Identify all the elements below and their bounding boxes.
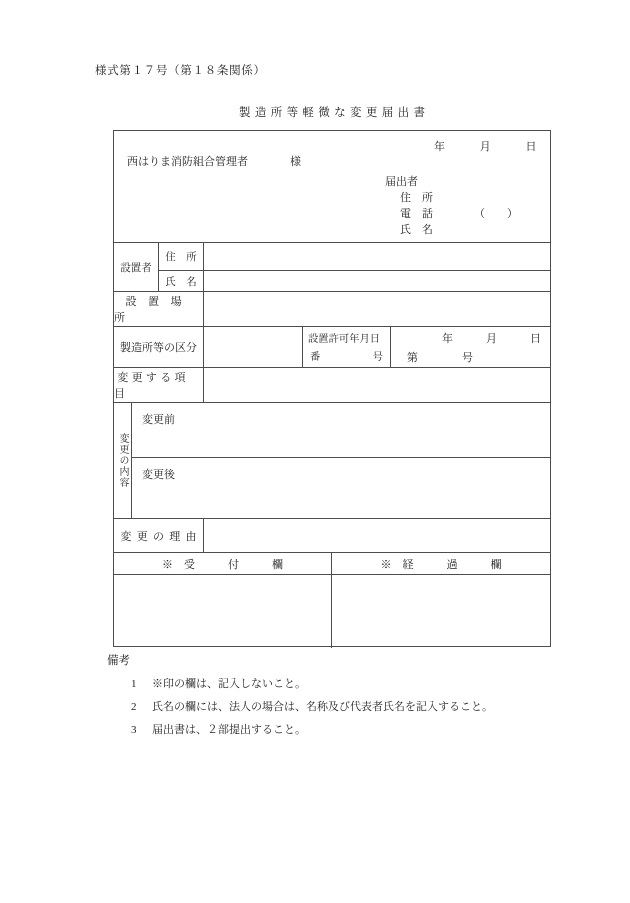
permit-label-cell: 設置許可年月日 番 号	[302, 327, 391, 367]
change-before-label: 変更前	[142, 414, 175, 426]
notifier-phone-label: 電 話	[400, 208, 433, 220]
location-field	[204, 292, 550, 326]
permit-number-label-left: 番	[310, 348, 320, 363]
progress-box	[331, 575, 550, 648]
note-item: 3 届出書は、２部提出すること。	[131, 723, 493, 737]
reason-row: 変更の理由	[114, 518, 550, 552]
category-label: 製造所等の区分	[114, 327, 204, 367]
note-number: 2	[131, 700, 152, 714]
notifier-phone-parens: （ ）	[474, 208, 518, 220]
reception-box	[114, 575, 331, 648]
notifier-address-label: 住 所	[385, 190, 518, 206]
location-row: 設置場所	[114, 291, 550, 326]
permit-value-cell: 年 月 日 第 号	[391, 327, 550, 367]
notifier-phone-line: 電 話（ ）	[385, 206, 518, 222]
installer-name-subrow: 氏 名	[158, 271, 550, 291]
installer-subrows: 住 所 氏 名	[158, 243, 550, 291]
change-content-block: 変更の内容 変更前 変更後	[114, 402, 550, 518]
note-item: 1 ※印の欄は、記入しないこと。	[131, 677, 493, 691]
header-row: 年 月 日 西はりま消防組合管理者様 届出者 住 所 電 話（ ） 氏 名	[114, 131, 550, 242]
change-after-cell: 変更後	[132, 458, 550, 518]
notes-section: 備考 1 ※印の欄は、記入しないこと。 2 氏名の欄には、法人の場合は、名称及び…	[107, 652, 493, 737]
notifier-name-label: 氏 名	[385, 222, 518, 238]
submission-date-line: 年 月 日	[434, 138, 537, 154]
permit-date-value: 年 月 日	[391, 330, 550, 346]
category-field	[204, 327, 302, 367]
note-text: ※印の欄は、記入しないこと。	[152, 677, 306, 691]
change-content-cells: 変更前 変更後	[132, 403, 550, 518]
page-title: 製造所等軽微な変更届出書	[113, 104, 551, 120]
form-number: 様式第１７号（第１８条関係）	[95, 62, 266, 78]
addressee-line: 西はりま消防組合管理者様	[127, 153, 301, 169]
change-items-label: 変更する項目	[114, 368, 204, 402]
installer-address-field	[204, 243, 550, 270]
permit-date-label: 設置許可年月日	[308, 330, 385, 345]
form-table: 年 月 日 西はりま消防組合管理者様 届出者 住 所 電 話（ ） 氏 名 設置…	[113, 130, 551, 647]
installer-row: 設置者 住 所 氏 名	[114, 242, 550, 291]
addressee-name: 西はりま消防組合管理者	[127, 156, 248, 168]
reason-label: 変更の理由	[114, 519, 204, 552]
installer-label: 設置者	[114, 243, 158, 291]
permit-number-label-right: 号	[373, 348, 383, 363]
reason-field	[204, 519, 550, 552]
note-item: 2 氏名の欄には、法人の場合は、名称及び代表者氏名を記入すること。	[131, 700, 493, 714]
change-items-row: 変更する項目	[114, 367, 550, 402]
note-text: 氏名の欄には、法人の場合は、名称及び代表者氏名を記入すること。	[152, 700, 493, 714]
permit-number-label: 番 号	[308, 348, 385, 363]
notifier-block: 届出者 住 所 電 話（ ） 氏 名	[385, 174, 518, 238]
note-number: 3	[131, 723, 152, 737]
document-page: { "page": { "form_number": "様式第１７号（第１８条関…	[0, 0, 630, 903]
addressee-honorific: 様	[290, 156, 301, 168]
notes-heading: 備考	[107, 652, 493, 668]
change-content-label: 変更の内容	[114, 403, 132, 518]
note-text: 届出書は、２部提出すること。	[152, 723, 306, 737]
change-after-label: 変更後	[142, 469, 175, 481]
change-before-cell: 変更前	[132, 403, 550, 458]
stamp-header-row: ※ 受 付 欄 ※ 経 過 欄	[114, 552, 550, 574]
notifier-label: 届出者	[385, 174, 518, 190]
reception-column-label: ※ 受 付 欄	[114, 553, 331, 574]
permit-number-value: 第 号	[391, 349, 550, 365]
stamp-body-row	[114, 574, 550, 648]
change-items-field	[204, 368, 550, 402]
installer-address-label: 住 所	[158, 243, 204, 270]
installer-name-field	[204, 271, 550, 291]
progress-column-label: ※ 経 過 欄	[331, 553, 550, 574]
installer-name-label: 氏 名	[158, 271, 204, 291]
note-number: 1	[131, 677, 152, 691]
installer-address-subrow: 住 所	[158, 243, 550, 271]
location-label: 設置場所	[114, 292, 204, 326]
category-row: 製造所等の区分 設置許可年月日 番 号 年 月 日 第 号	[114, 326, 550, 367]
